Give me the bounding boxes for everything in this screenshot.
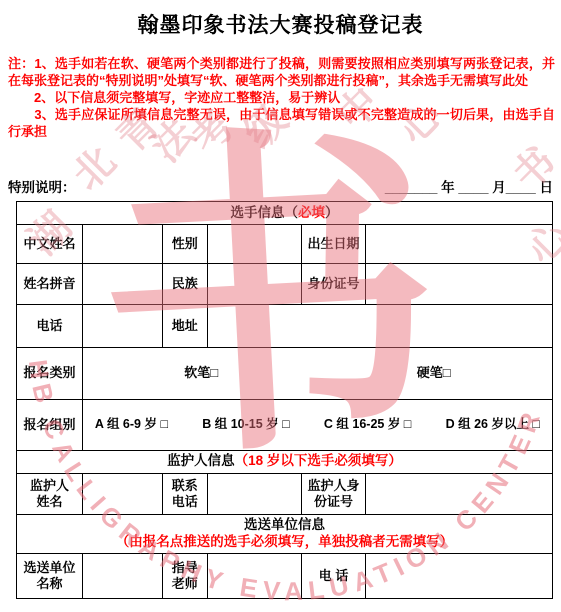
pinyin-label: 姓名拼音 [17,264,83,305]
address-input[interactable] [207,305,552,348]
unit-phone-input[interactable] [366,553,553,598]
address-label: 地址 [162,305,207,348]
note-line-2: 2、以下信息须完整填写，字迹应工整整洁，易于辨认 [8,89,555,106]
guardian-phone-input[interactable] [207,473,301,514]
section-unit-info: 选送单位信息（由报名点推送的选手必须填写，单独投稿者无需填写） [17,514,553,553]
guardian-phone-label: 联系 电话 [162,473,207,514]
date-blanks[interactable]: _______ 年 ____ 月____ 日 [385,176,553,196]
category-options: 软笔□ 硬笔□ [85,365,550,381]
guardian-name-label: 监护人 姓名 [17,473,83,514]
category-option-hard-pen[interactable]: 硬笔□ [417,365,451,381]
id-number-label: 身份证号 [301,264,366,305]
group-option-d[interactable]: D 组 26 岁以上 □ [446,417,540,433]
ethnicity-input[interactable] [207,264,301,305]
phone-label: 电话 [17,305,83,348]
teacher-label: 指导 老师 [162,553,207,598]
section-player-title: 选手信息（必填） [17,202,553,225]
group-label: 报名组别 [17,399,83,450]
pinyin-input[interactable] [82,264,162,305]
special-note-line: 特别说明： _______ 年 ____ 月____ 日 [8,176,553,196]
registration-table: 选手信息（必填） 中文姓名 性别 出生日期 姓名拼音 民族 身份证号 [16,201,553,599]
unit-name-label: 选送单位 名称 [17,553,83,598]
category-option-soft-pen[interactable]: 软笔□ [184,365,218,381]
group-row: 报名组别 A 组 6-9 岁 □ B 组 10-15 岁 □ C 组 16-25… [17,399,553,450]
section-guardian-required: （18 岁以下选手必须填写） [235,453,402,468]
gender-label: 性别 [162,225,207,264]
category-label: 报名类别 [17,348,83,400]
ethnicity-label: 民族 [162,264,207,305]
section-player-required: 必填 [298,205,325,220]
special-note-label: 特别说明： [8,176,76,196]
group-options-cell: A 组 6-9 岁 □ B 组 10-15 岁 □ C 组 16-25 岁 □ … [82,399,552,450]
group-option-a[interactable]: A 组 6-9 岁 □ [95,417,168,433]
group-options: A 组 6-9 岁 □ B 组 10-15 岁 □ C 组 16-25 岁 □ … [85,417,550,433]
unit-phone-label: 电 话 [301,553,366,598]
form-content: 翰墨印象书法大赛投稿登记表 注：1、选手如若在软、硬笔两个类别都进行了投稿，则需… [0,0,561,599]
id-number-input[interactable] [366,264,553,305]
note-line-1: 注：1、选手如若在软、硬笔两个类别都进行了投稿，则需要按照相应类别填写两张登记表… [8,55,555,89]
section-player-info: 选手信息（必填） [17,202,553,225]
gender-input[interactable] [207,225,301,264]
section-guardian-text: 监护人信息 [167,453,235,468]
category-options-cell: 软笔□ 硬笔□ [82,348,552,400]
section-player-close: ） [325,205,339,220]
registration-form-page: 翰墨印象书法大赛投稿登记表 注：1、选手如若在软、硬笔两个类别都进行了投稿，则需… [0,0,561,612]
section-unit-required: （由报名点推送的选手必须填写，单独投稿者无需填写） [19,534,550,551]
unit-name-input[interactable] [82,553,162,598]
birth-date-label: 出生日期 [301,225,366,264]
table-row: 中文姓名 性别 出生日期 [17,225,553,264]
section-guardian-info: 监护人信息（18 岁以下选手必须填写） [17,450,553,473]
phone-input[interactable] [82,305,162,348]
guardian-id-label: 监护人身 份证号 [301,473,366,514]
chinese-name-label: 中文姓名 [17,225,83,264]
group-option-c[interactable]: C 组 16-25 岁 □ [324,417,411,433]
birth-date-input[interactable] [366,225,553,264]
guardian-id-input[interactable] [366,473,553,514]
table-row: 监护人 姓名 联系 电话 监护人身 份证号 [17,473,553,514]
category-row: 报名类别 软笔□ 硬笔□ [17,348,553,400]
group-option-b[interactable]: B 组 10-15 岁 □ [202,417,289,433]
note-line-3: 3、选手应保证所填信息完整无误，由于信息填写错误或不完整造成的一切后果，由选手自… [8,106,555,140]
section-player-text: 选手信息（ [231,205,299,220]
section-unit-title: 选送单位信息（由报名点推送的选手必须填写，单独投稿者无需填写） [17,514,553,553]
teacher-input[interactable] [207,553,301,598]
notes-block: 注：1、选手如若在软、硬笔两个类别都进行了投稿，则需要按照相应类别填写两张登记表… [8,55,555,140]
table-row: 选送单位 名称 指导 老师 电 话 [17,553,553,598]
section-guardian-title: 监护人信息（18 岁以下选手必须填写） [17,450,553,473]
table-row: 电话 地址 [17,305,553,348]
chinese-name-input[interactable] [82,225,162,264]
page-title: 翰墨印象书法大赛投稿登记表 [0,0,561,39]
table-row: 姓名拼音 民族 身份证号 [17,264,553,305]
section-unit-text: 选送单位信息 [244,517,325,532]
guardian-name-input[interactable] [82,473,162,514]
